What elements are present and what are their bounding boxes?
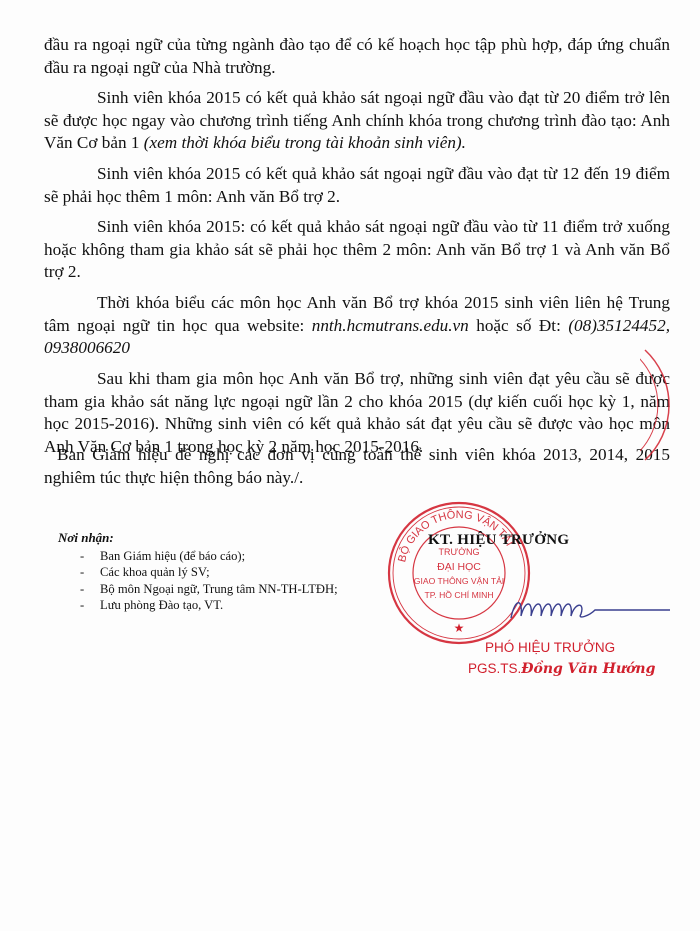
recipient-item: Các khoa quản lý SV; (80, 564, 338, 581)
paragraph-2: Sinh viên khóa 2015 có kết quả khảo sát … (44, 87, 670, 155)
paragraph-4: Sinh viên khóa 2015: có kết quả khảo sát… (44, 216, 670, 284)
signer-full-name: Đồng Văn Hướng (521, 661, 655, 677)
paragraph-italic-note: (xem thời khóa biểu trong tài khoản sinh… (144, 133, 466, 152)
paragraph-text: Ban Giám hiệu đề nghị các đơn vị cùng to… (44, 445, 670, 487)
recipient-item: Lưu phòng Đào tạo, VT. (80, 597, 338, 614)
paragraph-text: hoặc số Đt: (469, 316, 569, 335)
recipients-heading: Nơi nhận: (58, 530, 338, 547)
paragraph-5: Thời khóa biểu các môn học Anh văn Bổ tr… (44, 292, 670, 360)
svg-text:GIAO THÔNG VẬN TẢI: GIAO THÔNG VẬN TẢI (414, 575, 504, 586)
partial-stamp-mark (640, 345, 700, 465)
paragraph-text: Sinh viên khóa 2015: có kết quả khảo sát… (44, 217, 670, 281)
website-link[interactable]: nnth.hcmutrans.edu.vn (312, 316, 469, 335)
paragraph-1: đầu ra ngoại ngữ của từng ngành đào tạo … (44, 34, 670, 79)
paragraph-7: Ban Giám hiệu đề nghị các đơn vị cùng to… (44, 444, 670, 489)
paragraph-text: Sau khi tham gia môn học Anh văn Bổ trợ,… (44, 369, 670, 456)
recipient-item: Bộ môn Ngoại ngữ, Trung tâm NN-TH-LTĐH; (80, 581, 338, 598)
signer-role: PHÓ HIỆU TRƯỞNG (485, 640, 615, 655)
document-page: đầu ra ngoại ngữ của từng ngành đào tạo … (0, 0, 700, 931)
svg-text:TP. HỒ CHÍ MINH: TP. HỒ CHÍ MINH (424, 589, 493, 600)
recipients-block: Nơi nhận: Ban Giám hiệu (để báo cáo); Cá… (58, 530, 338, 614)
paragraph-text: đầu ra ngoại ngữ của từng ngành đào tạo … (44, 35, 670, 77)
svg-text:★: ★ (454, 621, 465, 635)
recipients-list: Ban Giám hiệu (để báo cáo); Các khoa quả… (58, 548, 338, 614)
signer-name: PGS.TS.Đồng Văn Hướng (468, 661, 655, 677)
paragraph-3: Sinh viên khóa 2015 có kết quả khảo sát … (44, 163, 670, 208)
svg-text:ĐẠI HỌC: ĐẠI HỌC (437, 561, 481, 573)
handwritten-signature-icon (505, 590, 675, 630)
signer-degree: PGS.TS. (468, 661, 521, 676)
recipient-item: Ban Giám hiệu (để báo cáo); (80, 548, 338, 565)
paragraph-text: Sinh viên khóa 2015 có kết quả khảo sát … (44, 164, 670, 206)
signature-title: KT. HIỆU TRƯỞNG (428, 532, 569, 549)
